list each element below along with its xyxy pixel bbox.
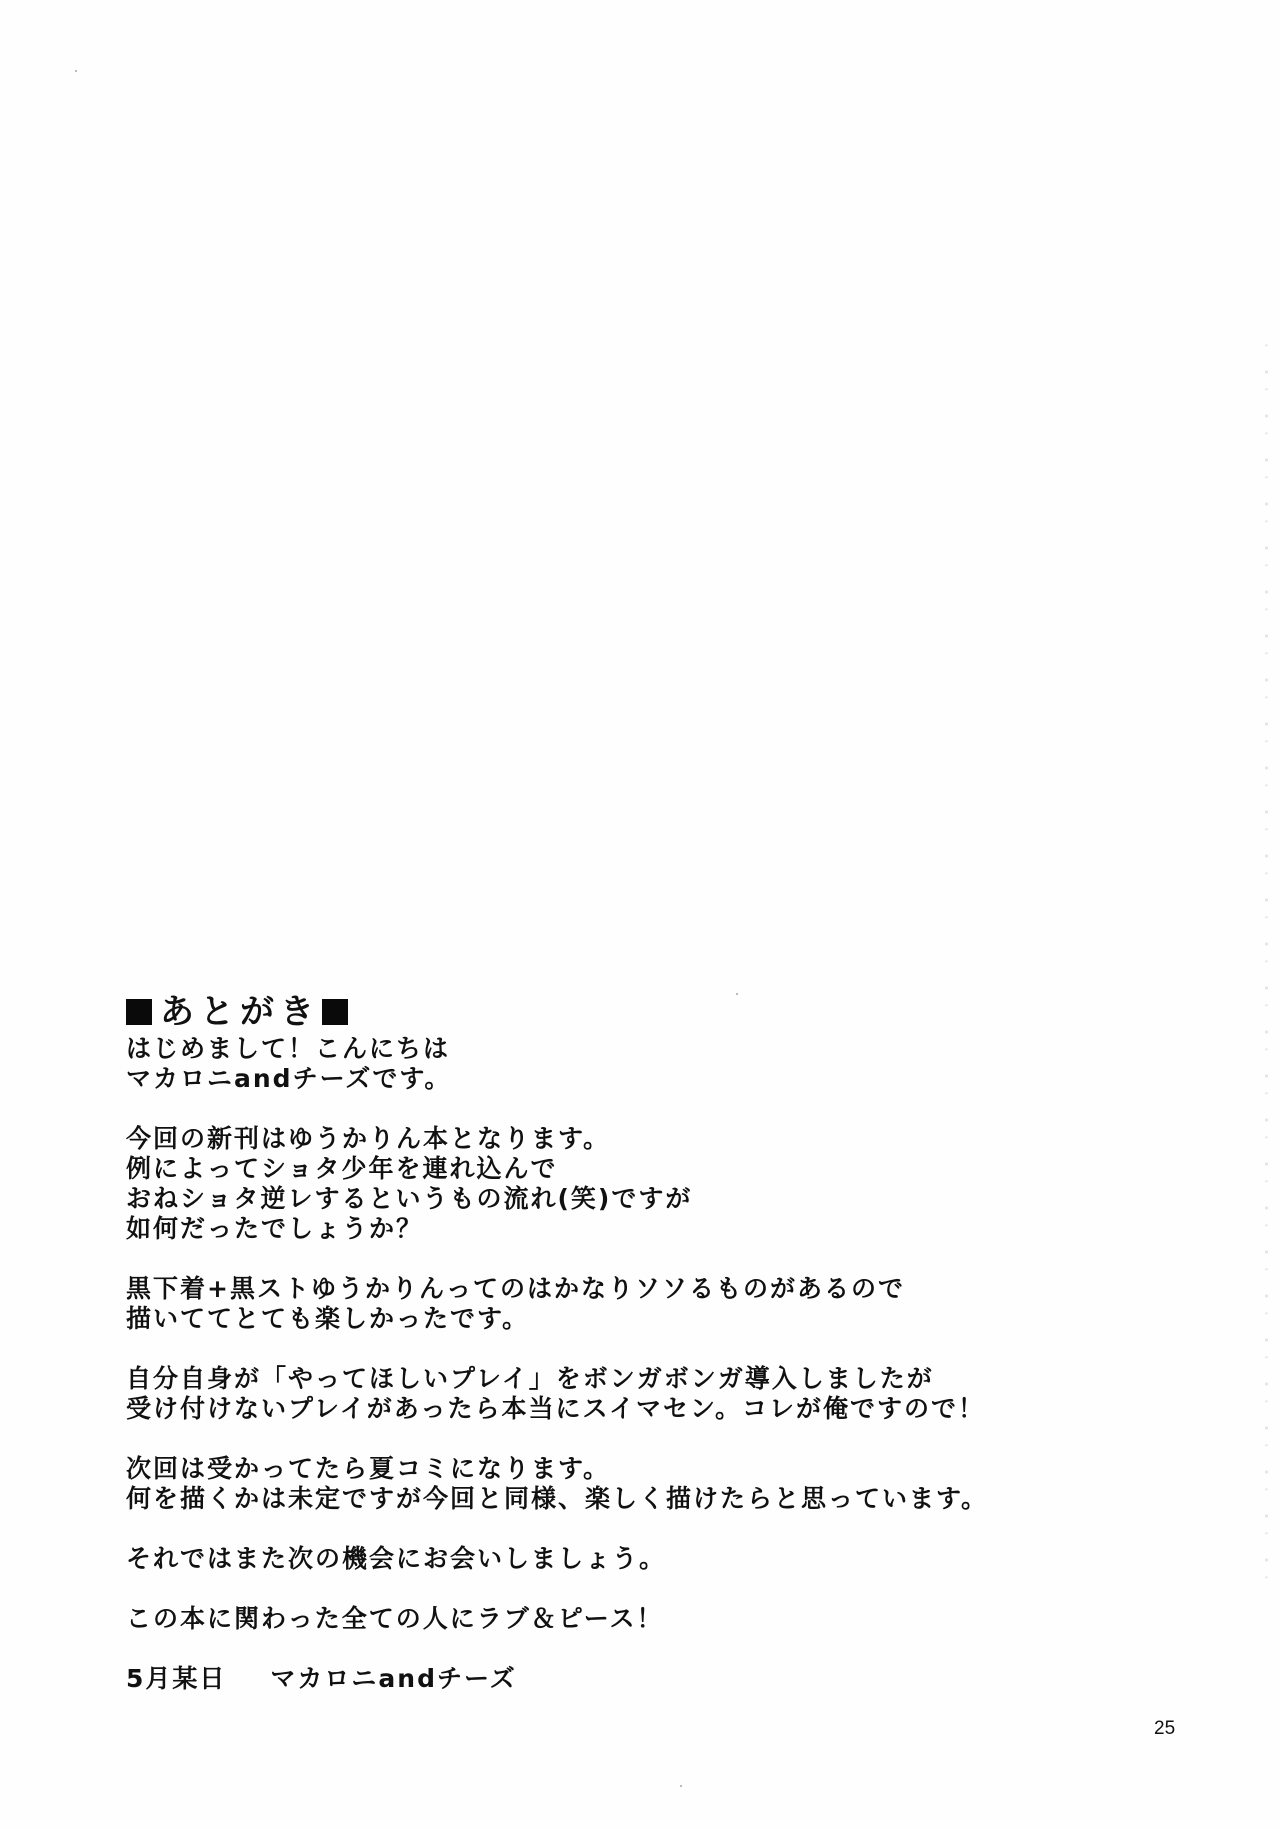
text-line: はじめまして！こんにちは	[126, 1034, 1126, 1064]
text-line: 何を描くかは未定ですが今回と同様、楽しく描けたらと思っています。	[126, 1484, 1126, 1514]
scan-speck	[75, 70, 77, 72]
text-line: 次回は受かってたら夏コミになります。	[126, 1454, 1126, 1484]
heading-text: あとがき	[160, 990, 320, 1034]
text-line: この本に関わった全ての人にラブ＆ピース！	[126, 1604, 1126, 1634]
signature-author: マカロニandチーズ	[270, 1664, 516, 1693]
paragraph-apology: 自分自身が「やってほしいプレイ」をボンガボンガ導入しましたが 受け付けないプレイ…	[126, 1364, 1126, 1424]
paragraph-next-event: 次回は受かってたら夏コミになります。 何を描くかは未定ですが今回と同様、楽しく描…	[126, 1454, 1126, 1514]
document-page: あとがき はじめまして！こんにちは マカロニandチーズです。 今回の新刊はゆう…	[0, 0, 1280, 1830]
text-line: 受け付けないプレイがあったら本当にスイマセン。コレが俺ですので！	[126, 1394, 1126, 1424]
afterword-heading: あとがき	[126, 990, 1126, 1034]
scan-speck	[680, 1785, 682, 1787]
text-line: それではまた次の機会にお会いしましょう。	[126, 1544, 1126, 1574]
page-number: 25	[1154, 1718, 1175, 1740]
scan-edge-noise	[1265, 330, 1268, 1580]
signature-date: 5月某日	[126, 1664, 226, 1693]
paragraph-drawing: 黒下着+黒ストゆうかりんってのはかなりソソるものがあるので 描いててとても楽しか…	[126, 1274, 1126, 1334]
square-bullet-icon	[126, 999, 152, 1025]
text-line: おねショタ逆レするというもの流れ(笑)ですが	[126, 1184, 1126, 1214]
afterword-section: あとがき はじめまして！こんにちは マカロニandチーズです。 今回の新刊はゆう…	[126, 990, 1126, 1694]
square-bullet-icon	[322, 999, 348, 1025]
text-line: 黒下着+黒ストゆうかりんってのはかなりソソるものがあるので	[126, 1274, 1126, 1304]
text-line: 如何だったでしょうか？	[126, 1214, 1126, 1244]
text-line: 今回の新刊はゆうかりん本となります。	[126, 1124, 1126, 1154]
paragraph-farewell: それではまた次の機会にお会いしましょう。	[126, 1544, 1126, 1574]
text-line: マカロニandチーズです。	[126, 1064, 1126, 1094]
text-line: 例によってショタ少年を連れ込んで	[126, 1154, 1126, 1184]
text-line: 描いててとても楽しかったです。	[126, 1304, 1126, 1334]
paragraph-greeting: はじめまして！こんにちは マカロニandチーズです。	[126, 1034, 1126, 1094]
signature: 5月某日マカロニandチーズ	[126, 1664, 1126, 1694]
paragraph-new-book: 今回の新刊はゆうかりん本となります。 例によってショタ少年を連れ込んで おねショ…	[126, 1124, 1126, 1244]
text-line: 自分自身が「やってほしいプレイ」をボンガボンガ導入しましたが	[126, 1364, 1126, 1394]
paragraph-thanks: この本に関わった全ての人にラブ＆ピース！	[126, 1604, 1126, 1634]
